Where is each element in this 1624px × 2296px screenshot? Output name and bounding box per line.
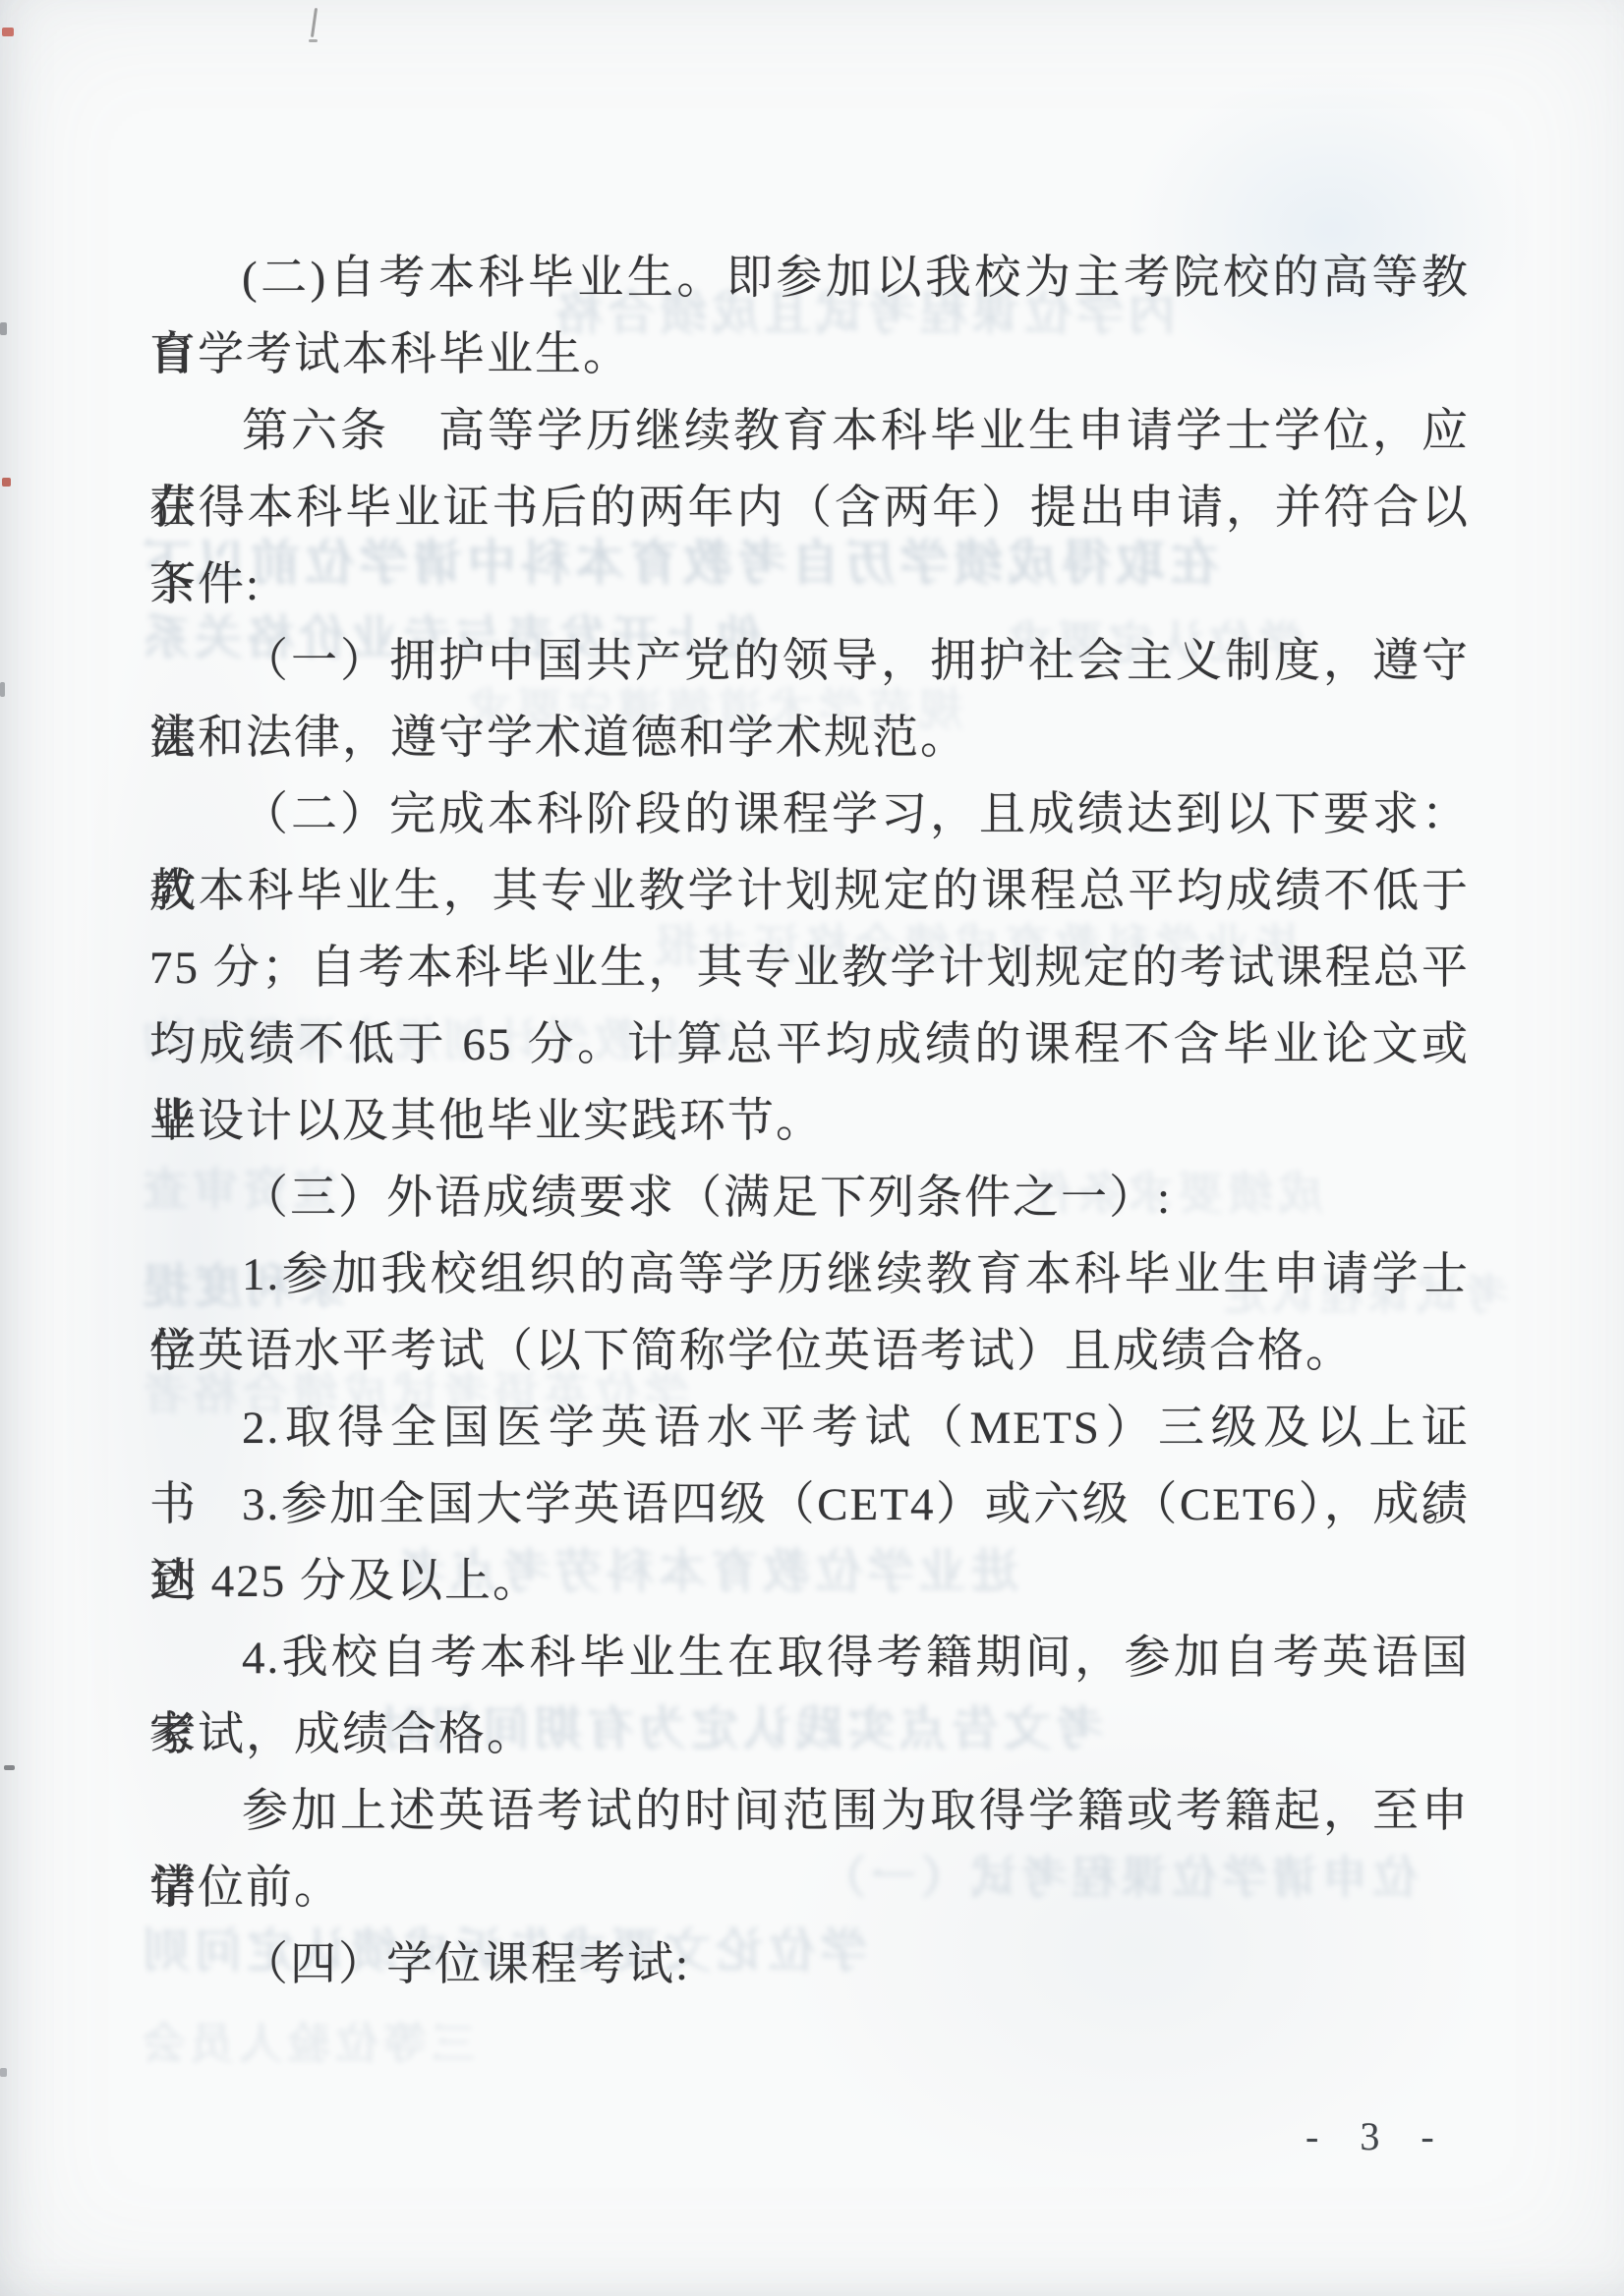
text-line: 到 425 分及以上。: [149, 1543, 1470, 1620]
text-line: 位英语水平考试（以下简称学位英语考试）且成绩合格。: [149, 1313, 1470, 1390]
text-line: 2.取得全国医学英语水平考试（METS）三级及以上证书。: [149, 1390, 1470, 1466]
text-line: 均成绩不低于 65 分。计算总平均成绩的课程不含毕业论文或毕: [149, 1006, 1470, 1083]
scan-speck: [4, 1765, 15, 1770]
text-line: 业设计以及其他毕业实践环节。: [149, 1083, 1470, 1160]
scan-speck: [2, 28, 14, 36]
document-page: 内学位课程考试且成绩合格在取得成绩学历自考教育本科中请学位前以下他上开发表与专业…: [0, 0, 1624, 2296]
text-line: 条件:: [149, 546, 1470, 623]
text-line: 教本科毕业生，其专业教学计划规定的课程总平均成绩不低于: [149, 853, 1470, 930]
text-line: 法和法律，遵守学术道德和学术规范。: [149, 700, 1470, 776]
text-line: （二）完成本科阶段的课程学习，且成绩达到以下要求：成: [149, 776, 1470, 853]
text-line: 考试，成绩合格。: [149, 1696, 1470, 1773]
text-line: 1.参加我校组织的高等学历继续教育本科毕业生申请学士学: [149, 1236, 1470, 1313]
text-line: 4.我校自考本科毕业生在取得考籍期间，参加自考英语国家: [149, 1620, 1470, 1696]
text-line: 3.参加全国大学英语四级（CET4）或六级（CET6），成绩达: [149, 1466, 1470, 1543]
text-line: （三）外语成绩要求（满足下列条件之一）:: [149, 1160, 1470, 1236]
page-number: - 3 -: [1305, 2113, 1450, 2159]
text-line: （四）学位课程考试:: [149, 1926, 1470, 2003]
scan-speck: [0, 2068, 7, 2077]
document-body: (二)自考本科毕业生。即参加以我校为主考院校的高等教育自学考试本科毕业生。第六条…: [149, 240, 1470, 2003]
bleedthrough-line: 三等位验人员会: [138, 2023, 475, 2066]
text-line: (二)自考本科毕业生。即参加以我校为主考院校的高等教育: [149, 240, 1470, 316]
text-line: 自学考试本科毕业生。: [149, 316, 1470, 393]
text-line: 学位前。: [149, 1850, 1470, 1926]
scan-speck: [0, 682, 5, 697]
text-line: 75 分；自考本科毕业生，其专业教学计划规定的考试课程总平: [149, 930, 1470, 1006]
scan-speck: [309, 39, 318, 42]
scan-speck: [0, 322, 7, 335]
text-line: 第六条 高等学历继续教育本科毕业生申请学士学位，应在: [149, 393, 1470, 470]
scan-speck: [2, 478, 11, 487]
text-line: （一）拥护中国共产党的领导，拥护社会主义制度，遵守宪: [149, 623, 1470, 700]
text-line: 参加上述英语考试的时间范围为取得学籍或考籍起，至申请: [149, 1773, 1470, 1850]
text-line: 获得本科毕业证书后的两年内（含两年）提出申请，并符合以下: [149, 470, 1470, 546]
